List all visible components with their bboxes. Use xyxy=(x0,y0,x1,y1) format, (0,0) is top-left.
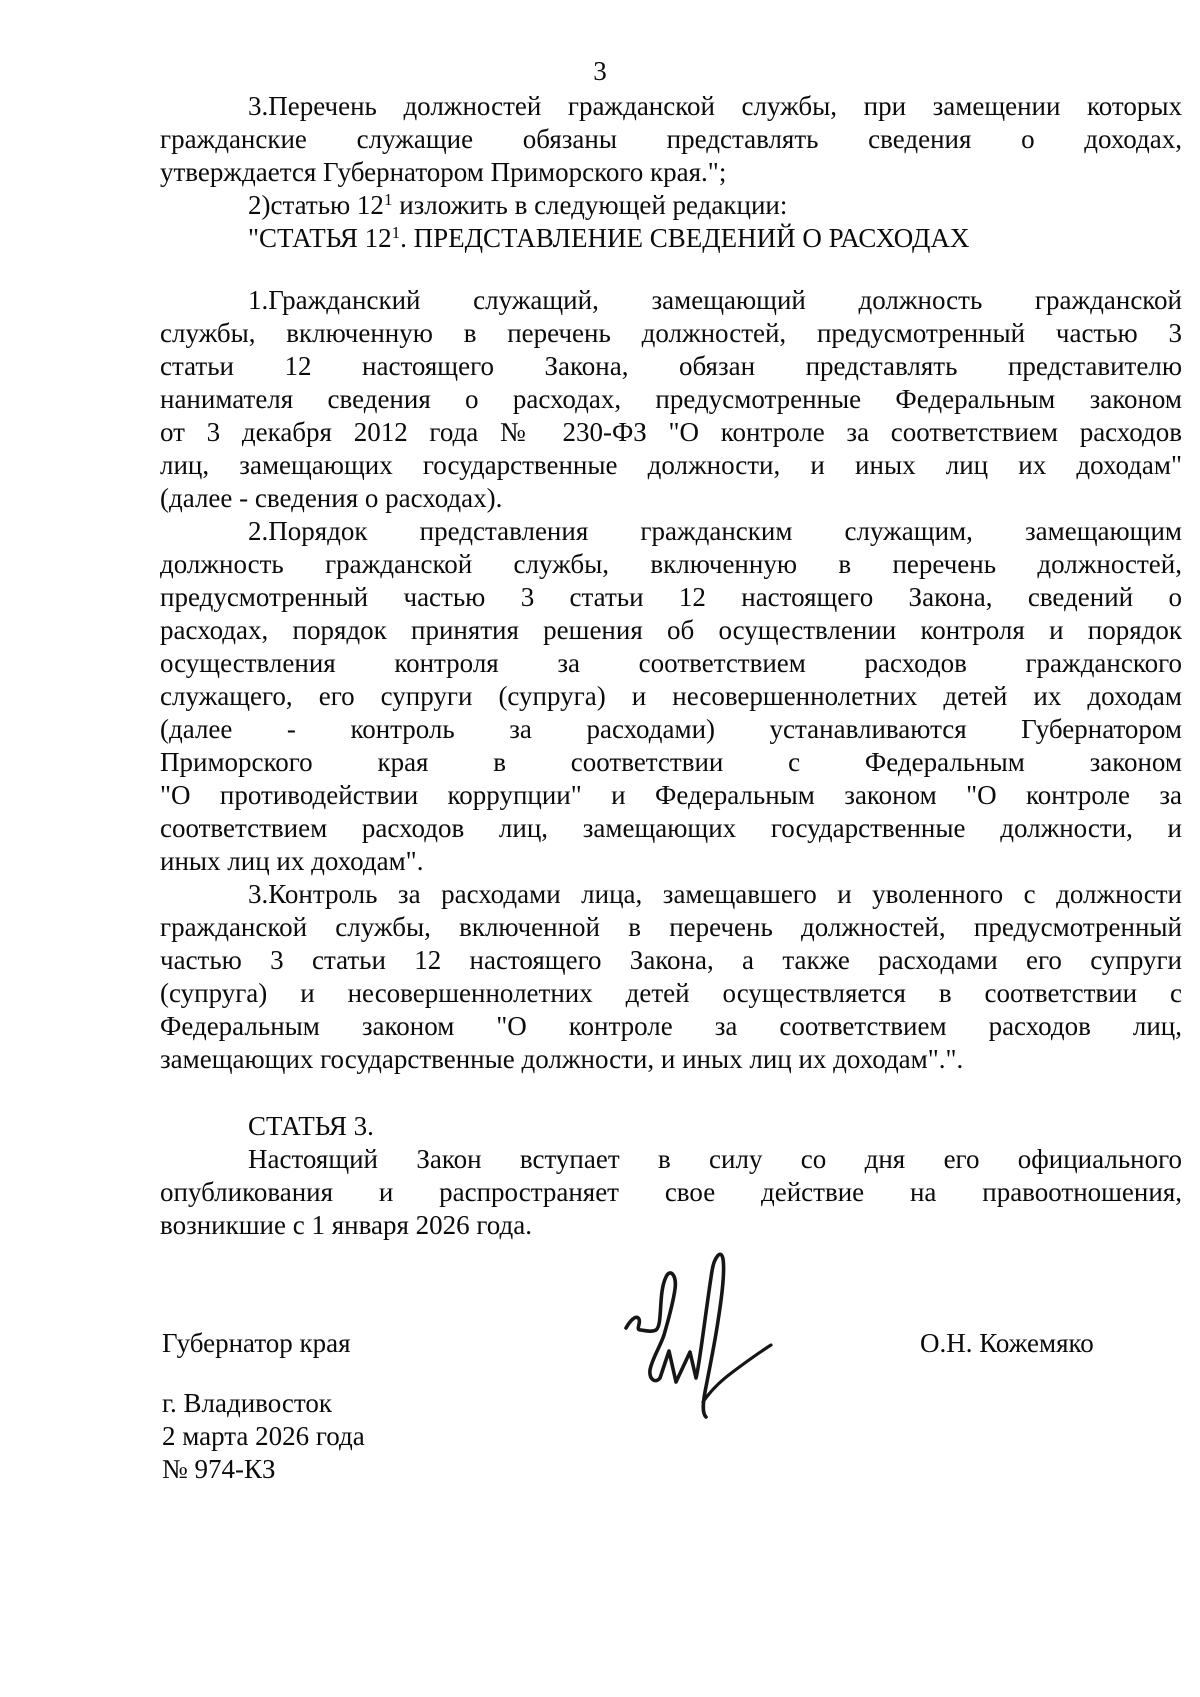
text-line: (супруга) и несовершеннолетних детей осу… xyxy=(160,977,1182,1010)
text-line: лиц, замещающих государственные должност… xyxy=(160,449,1182,482)
article12-heading: "СТАТЬЯ 121. ПРЕДСТАВЛЕНИЕ СВЕДЕНИЙ О РА… xyxy=(160,222,1182,255)
text-line: Настоящий Закон вступает в силу со дня е… xyxy=(160,1143,1182,1176)
text-line: (далее - контроль за расходами) устанавл… xyxy=(160,713,1182,746)
text-line: 3.Перечень должностей гражданской службы… xyxy=(160,90,1182,123)
issuance-city: г. Владивосток xyxy=(162,1387,365,1420)
text-line: гражданской службы, включенной в перечен… xyxy=(160,911,1182,944)
text-line: нанимателя сведения о расходах, предусмо… xyxy=(160,383,1182,416)
article3-body: Настоящий Закон вступает в силу со дня е… xyxy=(160,1143,1182,1242)
text-line: "О противодействии коррупции" и Федераль… xyxy=(160,779,1182,812)
text-line: 3.Контроль за расходами лица, замещавшег… xyxy=(160,878,1182,911)
document-body: 3.Перечень должностей гражданской службы… xyxy=(160,90,1182,1242)
handwritten-signature-icon xyxy=(624,1251,774,1423)
text-line: гражданские служащие обязаны представлят… xyxy=(160,123,1182,156)
text-line: Федеральным законом "О контроле за соотв… xyxy=(160,1010,1182,1043)
text-line: осуществления контроля за соответствием … xyxy=(160,647,1182,680)
issuance-date: 2 марта 2026 года xyxy=(162,1420,365,1453)
paragraph-item3: 3.Перечень должностей гражданской службы… xyxy=(160,90,1182,189)
text-line: 2.Порядок представления гражданским служ… xyxy=(160,515,1182,548)
text-line: от 3 декабря 2012 года № 230-ФЗ "О контр… xyxy=(160,416,1182,449)
text-line: должность гражданской службы, включенную… xyxy=(160,548,1182,581)
signer-position-title: Губернатор края xyxy=(162,1327,351,1360)
issuance-doc-number: № 974-КЗ xyxy=(162,1453,365,1486)
text-line: служащего, его супруги (супруга) и несов… xyxy=(160,680,1182,713)
item2-text: 2)статью 12 xyxy=(248,190,384,220)
paragraph-part1: 1.Гражданский служащий, замещающий должн… xyxy=(160,284,1182,515)
superscript-index: 1 xyxy=(392,223,401,242)
text-line: предусмотренный частью 3 статьи 12 насто… xyxy=(160,581,1182,614)
text-line: 1.Гражданский служащий, замещающий должн… xyxy=(160,284,1182,317)
text-line: соответствием расходов лиц, замещающих г… xyxy=(160,812,1182,845)
item2-text-tail: изложить в следующей редакции: xyxy=(392,190,787,220)
signer-name: О.Н. Кожемяко xyxy=(920,1327,1094,1360)
text-line: частью 3 статьи 12 настоящего Закона, а … xyxy=(160,944,1182,977)
text-line: опубликования и распространяет свое дейс… xyxy=(160,1176,1182,1209)
article3-heading: СТАТЬЯ 3. xyxy=(160,1110,1182,1143)
text-line: Приморского края в соответствии с Федера… xyxy=(160,746,1182,779)
text-line: утверждается Губернатором Приморского кр… xyxy=(160,156,1182,189)
article12-heading-text: "СТАТЬЯ 12 xyxy=(248,223,392,253)
text-line: расходах, порядок принятия решения об ос… xyxy=(160,614,1182,647)
text-line: иных лиц их доходам". xyxy=(160,845,1182,878)
text-line: (далее - сведения о расходах). xyxy=(160,482,1182,515)
text-line: службы, включенную в перечень должностей… xyxy=(160,317,1182,350)
page-number: 3 xyxy=(0,55,1200,88)
paragraph-part3: 3.Контроль за расходами лица, замещавшег… xyxy=(160,878,1182,1076)
text-line: замещающих государственные должности, и … xyxy=(160,1043,1182,1076)
issuance-block: г. Владивосток 2 марта 2026 года № 974-К… xyxy=(162,1387,365,1486)
document-page: 3 3.Перечень должностей гражданской служ… xyxy=(0,0,1200,1697)
text-line: статьи 12 настоящего Закона, обязан пред… xyxy=(160,350,1182,383)
paragraph-part2: 2.Порядок представления гражданским служ… xyxy=(160,515,1182,878)
article12-heading-tail: . ПРЕДСТАВЛЕНИЕ СВЕДЕНИЙ О РАСХОДАХ xyxy=(400,223,969,253)
text-line: возникшие с 1 января 2026 года. xyxy=(160,1209,1182,1242)
paragraph-item2: 2)статью 121 изложить в следующей редакц… xyxy=(160,189,1182,222)
